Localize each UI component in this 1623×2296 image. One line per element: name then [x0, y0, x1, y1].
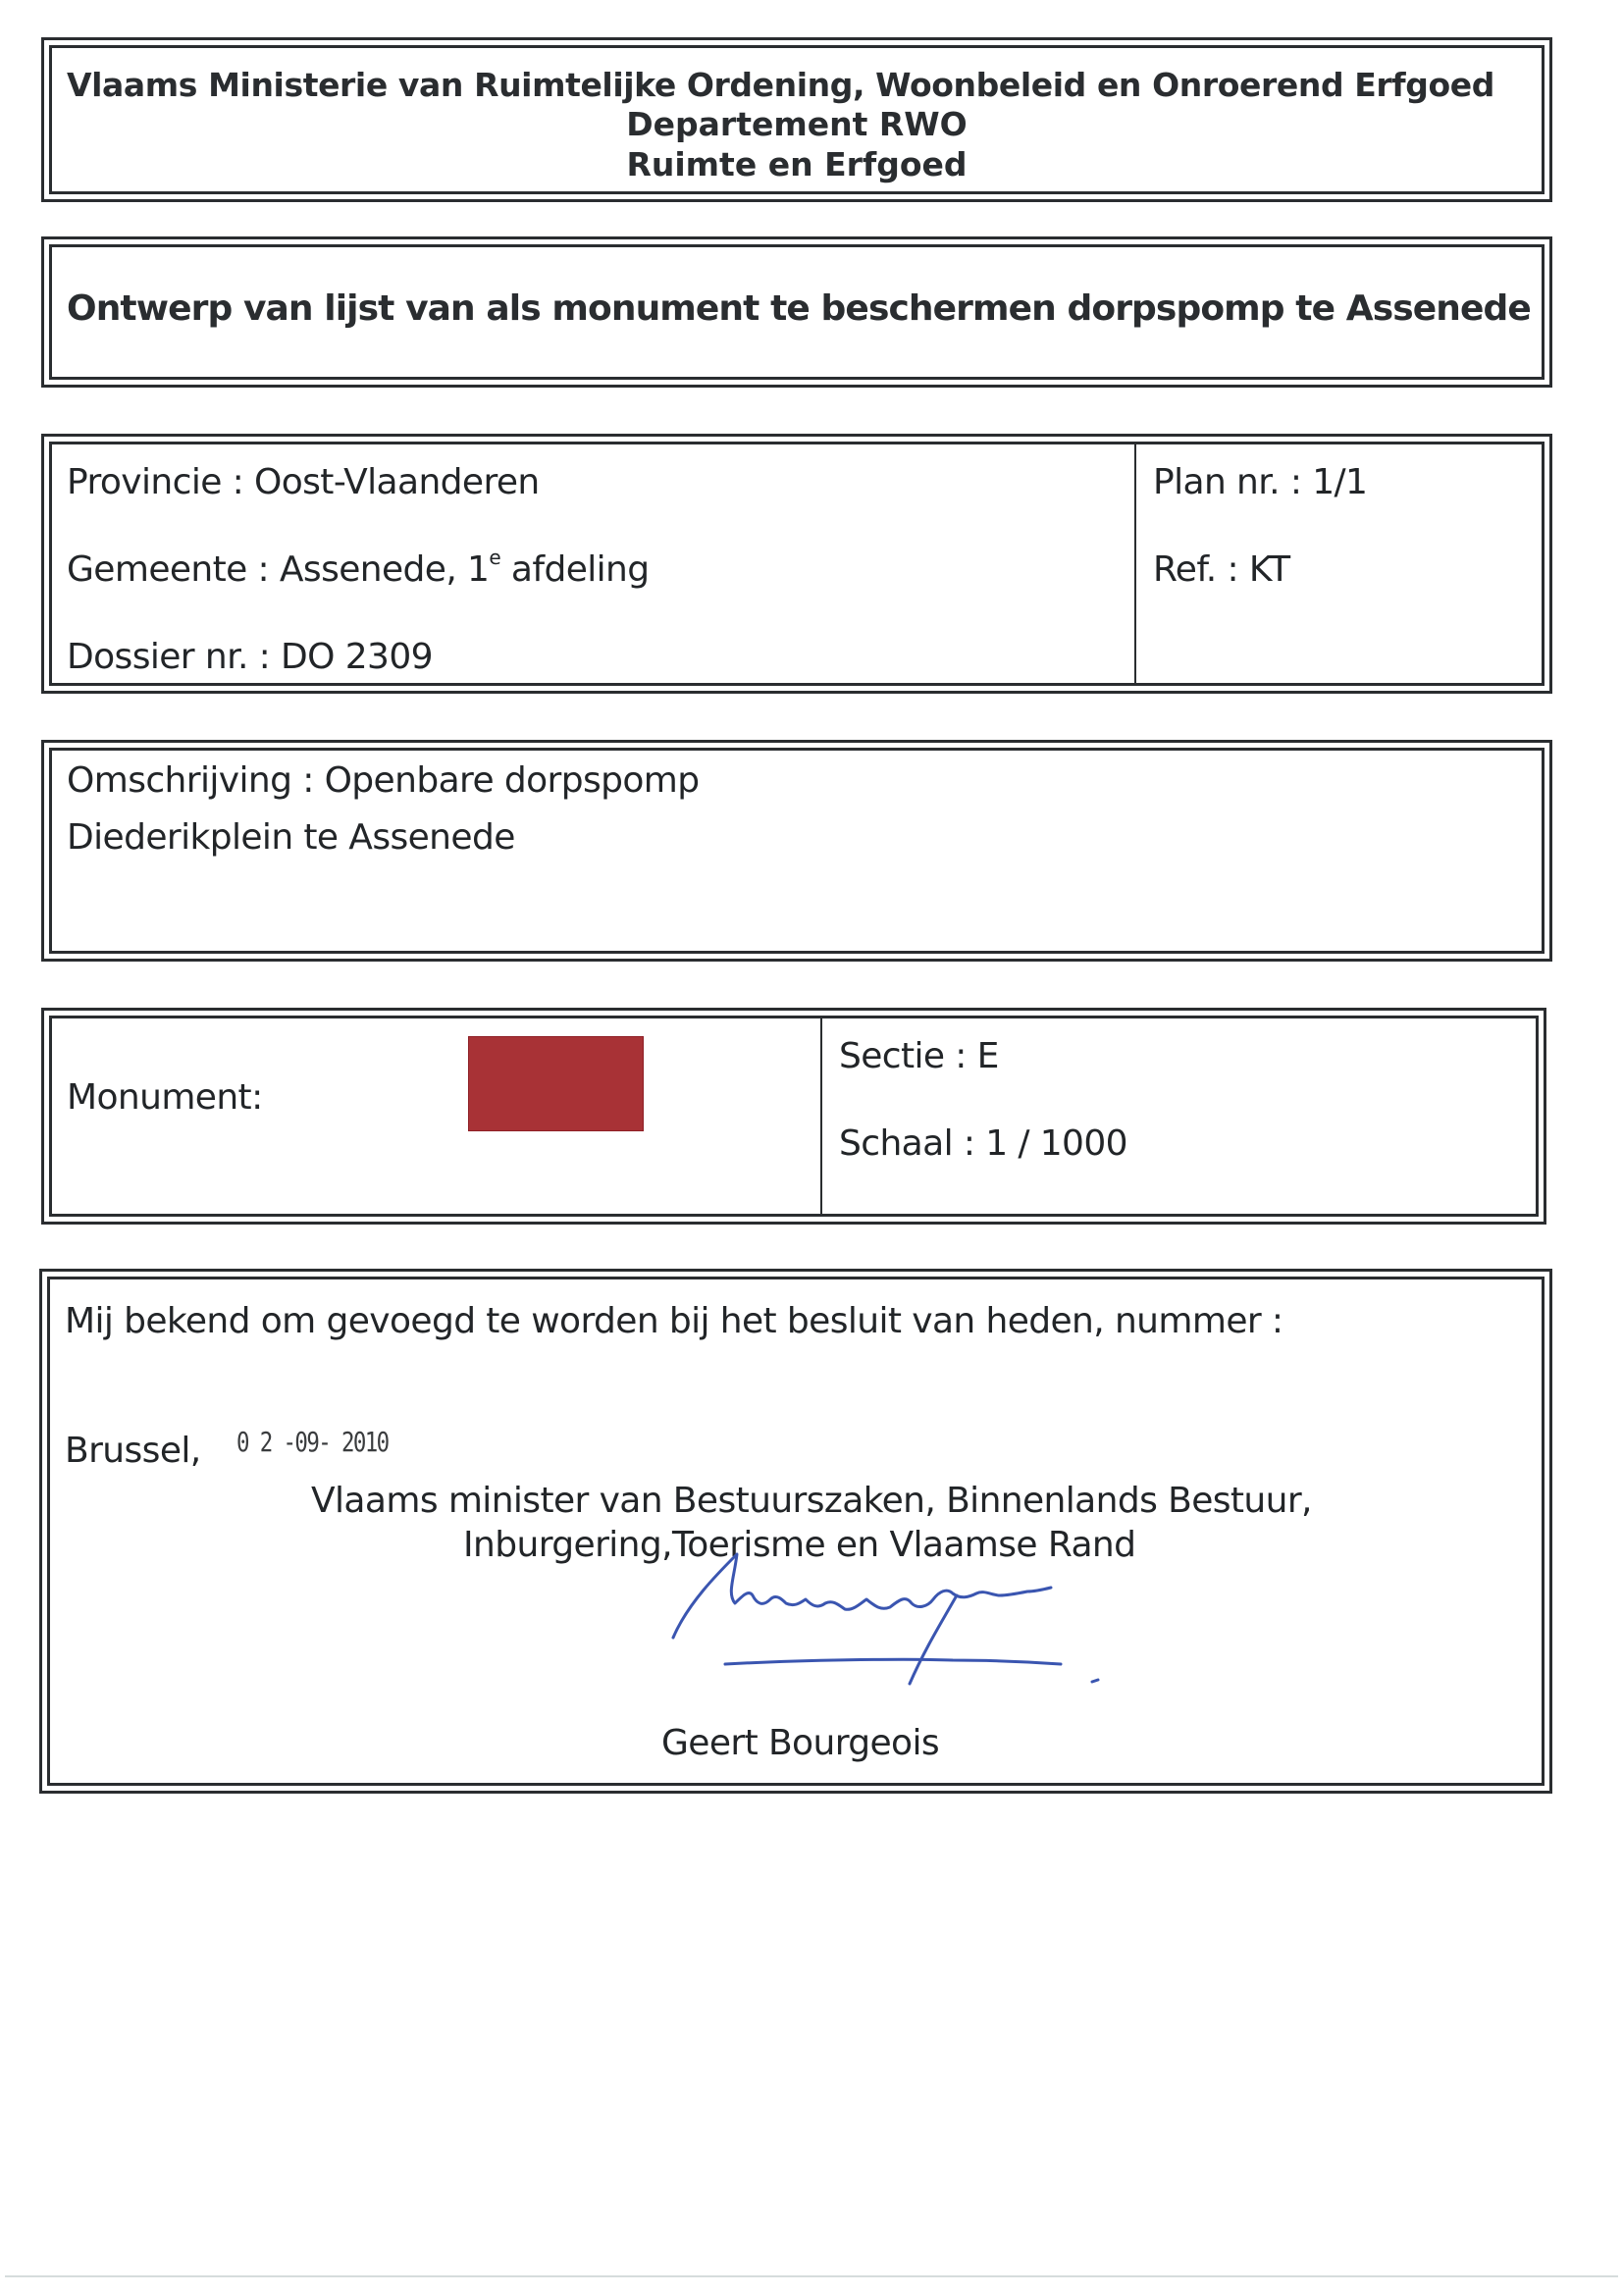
page-bottom-edge [5, 2275, 1618, 2277]
document-title-inner-border: Ontwerp van lijst van als monument te be… [49, 244, 1544, 380]
dossier-field: Dossier nr. : DO 2309 [67, 637, 433, 677]
signatory-name: Geert Bourgeois [661, 1723, 939, 1763]
monument-color-swatch [468, 1036, 644, 1131]
plan-number-field: Plan nr. : 1/1 [1153, 462, 1367, 502]
monument-legend-label: Monument: [67, 1077, 263, 1118]
approval-inner-border: Mij bekend om gevoegd te worden bij het … [47, 1277, 1544, 1786]
location-info-box: Provincie : Oost-Vlaanderen Gemeente : A… [41, 434, 1552, 694]
description-line-2: Diederikplein te Assenede [67, 817, 515, 858]
gemeente-text: Gemeente : Assenede, 1 [67, 549, 489, 590]
legend-box: Monument: Sectie : E Schaal : 1 / 1000 [41, 1008, 1546, 1225]
description-line-1: Omschrijving : Openbare dorpspomp [67, 760, 700, 801]
document-title-box: Ontwerp van lijst van als monument te be… [41, 236, 1552, 388]
legend-column-divider [820, 1018, 822, 1214]
ministry-header-inner-border: Vlaams Ministerie van Ruimtelijke Ordeni… [49, 45, 1544, 194]
legend-inner-border: Monument: Sectie : E Schaal : 1 / 1000 [49, 1016, 1539, 1217]
approval-box: Mij bekend om gevoegd te worden bij het … [39, 1269, 1552, 1794]
department-name: Departement RWO [52, 105, 1542, 143]
ministry-name: Vlaams Ministerie van Ruimtelijke Ordeni… [67, 66, 1542, 104]
location-column-divider [1134, 444, 1136, 683]
description-inner-border: Omschrijving : Openbare dorpspomp Dieder… [49, 748, 1544, 954]
location-info-inner-border: Provincie : Oost-Vlaanderen Gemeente : A… [49, 442, 1544, 686]
agency-name: Ruimte en Erfgoed [52, 145, 1542, 183]
gemeente-afdeling: afdeling [500, 549, 649, 590]
provincie-field: Provincie : Oost-Vlaanderen [67, 462, 540, 502]
handwritten-signature [50, 1279, 1542, 1790]
ministry-header-box: Vlaams Ministerie van Ruimtelijke Ordeni… [41, 37, 1552, 202]
gemeente-field: Gemeente : Assenede, 1e afdeling [67, 549, 650, 590]
description-box: Omschrijving : Openbare dorpspomp Dieder… [41, 740, 1552, 962]
sectie-field: Sectie : E [839, 1036, 999, 1076]
reference-field: Ref. : KT [1153, 549, 1289, 590]
schaal-field: Schaal : 1 / 1000 [839, 1123, 1127, 1164]
gemeente-superscript: e [489, 546, 500, 569]
document-title: Ontwerp van lijst van als monument te be… [67, 288, 1531, 329]
